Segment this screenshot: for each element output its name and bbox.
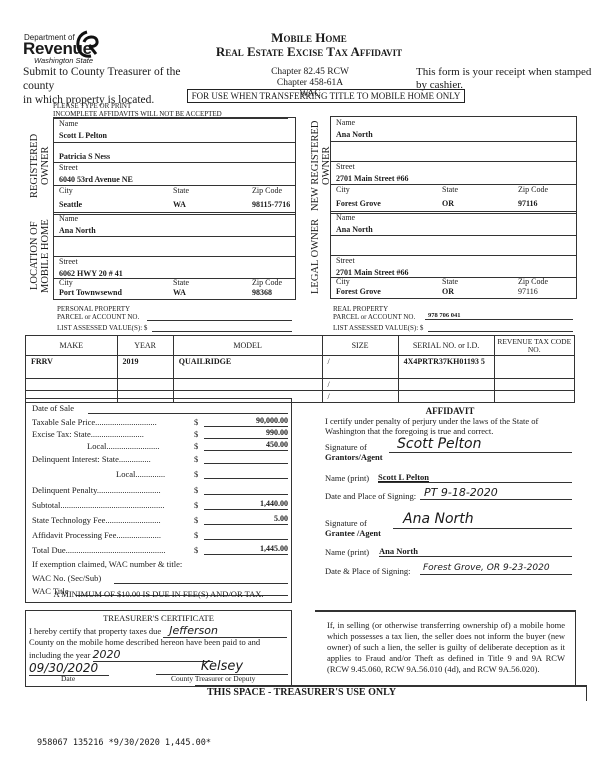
grantor-date-input[interactable]: PT 9-18-2020 bbox=[420, 486, 572, 500]
sig-label-1: Signature of bbox=[325, 442, 383, 452]
model-cell[interactable]: QUAILRIDGE bbox=[173, 356, 322, 379]
city-label: City bbox=[59, 278, 73, 287]
parcel-label-1: REAL PROPERTY bbox=[333, 305, 415, 313]
grantor-date-label: Date and Place of Signing: bbox=[325, 491, 416, 501]
zip-label: Zip Code bbox=[518, 185, 548, 194]
legal-owner-city[interactable]: Forest Grove bbox=[336, 287, 381, 296]
fee-label-processing-fee: Affidavit Processing Fee................… bbox=[32, 530, 161, 540]
year-cell[interactable] bbox=[117, 379, 173, 391]
year-cell[interactable]: 2019 bbox=[117, 356, 173, 379]
new-owner-street[interactable]: 2701 Main Street #66 bbox=[336, 174, 409, 183]
line3-text: including the year bbox=[29, 650, 90, 660]
make-cell[interactable]: FRRV bbox=[26, 356, 118, 379]
grantor-signature[interactable]: Scott Pelton bbox=[389, 436, 572, 453]
date-of-sale-input[interactable] bbox=[88, 403, 288, 414]
name-label: Name bbox=[336, 213, 355, 222]
zip-label: Zip Code bbox=[518, 277, 548, 286]
county-input[interactable]: Jefferson bbox=[163, 624, 287, 638]
dollar-sign: $ bbox=[194, 545, 198, 555]
col-serial: SERIAL NO. or I.D. bbox=[398, 336, 494, 356]
city-label: City bbox=[336, 277, 350, 286]
certify-line1: I certify under penalty of perjury under… bbox=[325, 416, 575, 426]
parcel-label-2: PARCEL or ACCOUNT NO. bbox=[333, 313, 415, 321]
sig-label-1: Signature of bbox=[325, 518, 381, 528]
tax-code-cell[interactable] bbox=[494, 379, 575, 391]
dollar-sign: $ bbox=[194, 530, 198, 540]
please-type: PLEASE TYPE OR PRINT bbox=[53, 102, 288, 110]
fee-label-total-due: Total Due...............................… bbox=[32, 545, 166, 555]
real-assessed-input[interactable] bbox=[428, 323, 573, 332]
minimum-due-note: A MINIMUM OF $10.00 IS DUE IN FEE(S) AND… bbox=[25, 589, 292, 599]
table-row: FRRV 2019 QUAILRIDGE / 4X4PRTR37KH01193 … bbox=[26, 356, 575, 379]
grantee-date-input[interactable]: Forest Grove, OR 9-23-2020 bbox=[420, 561, 572, 575]
legal-owner-box: Name Ana North Street 2701 Main Street #… bbox=[330, 211, 577, 299]
total-due-value[interactable]: 1,445.00 bbox=[204, 544, 288, 555]
sig-label-2: Grantee /Agent bbox=[325, 528, 381, 538]
real-property-label: REAL PROPERTY PARCEL or ACCOUNT NO. bbox=[333, 305, 415, 321]
personal-assessed-input[interactable] bbox=[152, 323, 292, 332]
vehicle-table: MAKE YEAR MODEL SIZE SERIAL NO. or I.D. … bbox=[25, 335, 575, 403]
new-owner-zip[interactable]: 97116 bbox=[518, 199, 538, 208]
new-owner-city[interactable]: Forest Grove bbox=[336, 199, 381, 208]
col-make: MAKE bbox=[26, 336, 118, 356]
fee-label-delinquent-local: Local.............. bbox=[116, 469, 165, 479]
zip-label: Zip Code bbox=[252, 278, 282, 287]
size-cell[interactable]: / bbox=[322, 356, 398, 379]
registered-owner-name[interactable]: Scott L Pelton bbox=[59, 131, 107, 140]
assessed-label: LIST ASSESSED VALUE(S): $ bbox=[333, 324, 423, 332]
fee-calculation-box: Date of Sale Taxable Sale Price.........… bbox=[25, 398, 292, 603]
street-label: Street bbox=[59, 163, 78, 172]
grantee-date-label: Date & Place of Signing: bbox=[325, 566, 410, 576]
certify-line2: Washington that the foregoing is true an… bbox=[325, 426, 575, 436]
dollar-sign: $ bbox=[194, 417, 198, 427]
street-label: Street bbox=[336, 256, 355, 265]
cashier-stamp: 958067 135216 *9/30/2020 1,445.00* bbox=[37, 738, 211, 748]
model-cell[interactable] bbox=[173, 379, 322, 391]
fee-label-excise-state: Excise Tax: State.......................… bbox=[32, 429, 144, 439]
assessed-label: LIST ASSESSED VALUE(S): $ bbox=[57, 324, 147, 332]
registered-owner-name2[interactable]: Patricia S Ness bbox=[59, 152, 110, 161]
sig-label-2: Grantors/Agent bbox=[325, 452, 383, 462]
registered-owner-state[interactable]: WA bbox=[173, 200, 186, 209]
location-zip[interactable]: 98368 bbox=[252, 288, 272, 297]
grantor-signature-label: Signature of Grantors/Agent bbox=[325, 442, 383, 462]
processing-fee-value[interactable] bbox=[204, 529, 288, 540]
personal-parcel-input[interactable] bbox=[147, 312, 292, 321]
col-model: MODEL bbox=[173, 336, 322, 356]
affidavit-title: AFFIDAVIT bbox=[325, 406, 575, 416]
dollar-sign: $ bbox=[194, 469, 198, 479]
zip-label: Zip Code bbox=[252, 186, 282, 195]
grantee-signature[interactable]: Ana North bbox=[393, 510, 572, 529]
real-parcel-input[interactable]: 978 706 041 bbox=[425, 312, 573, 320]
dollar-sign: $ bbox=[194, 454, 198, 464]
size-cell[interactable]: / bbox=[322, 379, 398, 391]
date-label: Date bbox=[61, 674, 75, 683]
grantor-name-label: Name (print) bbox=[325, 473, 369, 483]
treasurer-certificate-box: TREASURER'S CERTIFICATE I hereby certify… bbox=[25, 610, 292, 687]
city-label: City bbox=[336, 185, 350, 194]
delinquent-local-value[interactable] bbox=[204, 468, 288, 479]
registered-owner-box: Name Scott L Pelton Patricia S Ness Stre… bbox=[53, 117, 296, 215]
subtotal-value[interactable]: 1,440.00 bbox=[204, 499, 288, 510]
legal-owner-zip[interactable]: 97116 bbox=[518, 287, 538, 296]
registered-owner-street[interactable]: 6040 53rd Avenue NE bbox=[59, 175, 133, 184]
treasurer-signature[interactable]: Kelsey bbox=[156, 659, 288, 675]
fee-label-excise-local: Local......................... bbox=[87, 441, 159, 451]
taxable-price-value[interactable]: 90,000.00 bbox=[204, 416, 288, 427]
dollar-sign: $ bbox=[194, 500, 198, 510]
legal-owner-state[interactable]: OR bbox=[442, 287, 454, 296]
col-year: YEAR bbox=[117, 336, 173, 356]
wac-no-input[interactable] bbox=[114, 573, 288, 584]
dollar-sign: $ bbox=[194, 485, 198, 495]
name-label: Name bbox=[59, 214, 78, 223]
submit-instructions: Submit to County Treasurer of the county… bbox=[23, 65, 203, 107]
grantee-signature-label: Signature of Grantee /Agent bbox=[325, 518, 381, 538]
serial-cell[interactable] bbox=[398, 379, 494, 391]
treasurer-sig-label: County Treasurer or Deputy bbox=[171, 674, 255, 683]
excise-state-value[interactable]: 990.00 bbox=[204, 428, 288, 439]
legal-owner-name[interactable]: Ana North bbox=[336, 225, 373, 234]
fee-label-delinquent-state: Delinquent Interest: State..............… bbox=[32, 454, 151, 464]
size-cell[interactable]: / bbox=[322, 391, 398, 403]
treasurer-title: TREASURER'S CERTIFICATE bbox=[26, 613, 291, 623]
personal-property-label: PERSONAL PROPERTY PARCEL or ACCOUNT NO. bbox=[57, 305, 139, 321]
street-label: Street bbox=[59, 257, 78, 266]
serial-cell[interactable]: 4X4PRTR37KH01193 5 bbox=[398, 356, 494, 379]
new-registered-owner-label: NEW REGISTERED OWNER bbox=[310, 117, 332, 215]
state-label: State bbox=[442, 185, 458, 194]
tax-code-cell[interactable] bbox=[494, 391, 575, 403]
affidavit-certify: I certify under penalty of perjury under… bbox=[325, 416, 575, 436]
registered-owner-label: REGISTERED OWNER bbox=[29, 117, 51, 215]
delinquent-state-value[interactable] bbox=[204, 453, 288, 464]
chapter-rcw: Chapter 82.45 RCW bbox=[270, 67, 350, 78]
state-label: State bbox=[173, 278, 189, 287]
grantor-name-input[interactable]: Scott L Pelton bbox=[378, 472, 572, 483]
location-street[interactable]: 6062 HWY 20 # 41 bbox=[59, 269, 123, 278]
parcel-label-2: PARCEL or ACCOUNT NO. bbox=[57, 313, 139, 321]
legal-owner-street[interactable]: 2701 Main Street #66 bbox=[336, 268, 409, 277]
new-registered-owner-box: Name Ana North Street 2701 Main Street #… bbox=[330, 116, 577, 214]
street-label: Street bbox=[336, 162, 355, 171]
location-state[interactable]: WA bbox=[173, 288, 186, 297]
new-owner-state[interactable]: OR bbox=[442, 199, 454, 208]
col-tax-code: REVENUE TAX CODE NO. bbox=[494, 336, 575, 356]
dollar-sign: $ bbox=[194, 441, 198, 451]
date-of-sale-label: Date of Sale bbox=[32, 403, 74, 413]
table-header-row: MAKE YEAR MODEL SIZE SERIAL NO. or I.D. … bbox=[26, 336, 575, 356]
location-label: LOCATION OF MOBILE HOME bbox=[29, 212, 51, 300]
registered-owner-zip[interactable]: 98115-7716 bbox=[252, 200, 290, 209]
exemption-label: If exemption claimed, WAC number & title… bbox=[32, 559, 182, 569]
treasurer-line1: I hereby certify that property taxes due… bbox=[29, 624, 287, 638]
registered-owner-city[interactable]: Seattle bbox=[59, 200, 82, 209]
new-owner-name[interactable]: Ana North bbox=[336, 130, 373, 139]
form-title-line2: Real Estate Excise Tax Affidavit bbox=[0, 44, 600, 60]
use-only-banner: FOR USE WHEN TRANSFERRING TITLE TO MOBIL… bbox=[187, 89, 465, 103]
make-cell[interactable] bbox=[26, 379, 118, 391]
treasurer-line2: County on the mobile home described here… bbox=[29, 637, 260, 647]
legal-owner-label: LEGAL OWNER bbox=[310, 212, 321, 300]
treasurer-use-only: THIS SPACE - TREASURER'S USE ONLY bbox=[195, 685, 587, 699]
delinquent-penalty-value[interactable] bbox=[204, 484, 288, 495]
table-row: / bbox=[26, 379, 575, 391]
state-label: State bbox=[173, 186, 189, 195]
fee-label-tech-fee: State Technology Fee....................… bbox=[32, 515, 161, 525]
fee-label-subtotal: Subtotal................................… bbox=[32, 500, 164, 510]
excise-local-value[interactable]: 450.00 bbox=[204, 440, 288, 451]
dollar-sign: $ bbox=[194, 429, 198, 439]
wac-no-label: WAC No. (Sec/Sub) bbox=[32, 573, 101, 583]
submit-line1: Submit to County Treasurer of the county bbox=[23, 65, 203, 93]
dollar-sign: $ bbox=[194, 515, 198, 525]
tax-lien-notice: If, in selling (or otherwise transferrin… bbox=[315, 610, 576, 687]
location-city[interactable]: Port Townwsewnd bbox=[59, 288, 122, 297]
fee-label-taxable-price: Taxable Sale Price......................… bbox=[32, 417, 157, 427]
grantee-name-input[interactable]: Ana North bbox=[379, 546, 572, 557]
fee-label-delinquent-penalty: Delinquent Penalty......................… bbox=[32, 485, 161, 495]
treasurer-space-label: THIS SPACE - TREASURER'S USE ONLY bbox=[207, 687, 396, 698]
grantee-name-label: Name (print) bbox=[325, 547, 369, 557]
location-box: Name Ana North Street 6062 HWY 20 # 41 C… bbox=[53, 212, 296, 300]
receipt-line1: This form is your receipt when stamped bbox=[416, 66, 596, 79]
state-label: State bbox=[442, 277, 458, 286]
parcel-label-1: PERSONAL PROPERTY bbox=[57, 305, 139, 313]
city-label: City bbox=[59, 186, 73, 195]
tax-code-cell[interactable] bbox=[494, 356, 575, 379]
serial-cell[interactable] bbox=[398, 391, 494, 403]
location-name[interactable]: Ana North bbox=[59, 226, 96, 235]
tech-fee-value[interactable]: 5.00 bbox=[204, 514, 288, 525]
col-size: SIZE bbox=[322, 336, 398, 356]
name-label: Name bbox=[336, 118, 355, 127]
name-label: Name bbox=[59, 119, 78, 128]
lien-notice-text: If, in selling (or otherwise transferrin… bbox=[315, 612, 575, 675]
line1-text: I hereby certify that property taxes due bbox=[29, 626, 161, 636]
